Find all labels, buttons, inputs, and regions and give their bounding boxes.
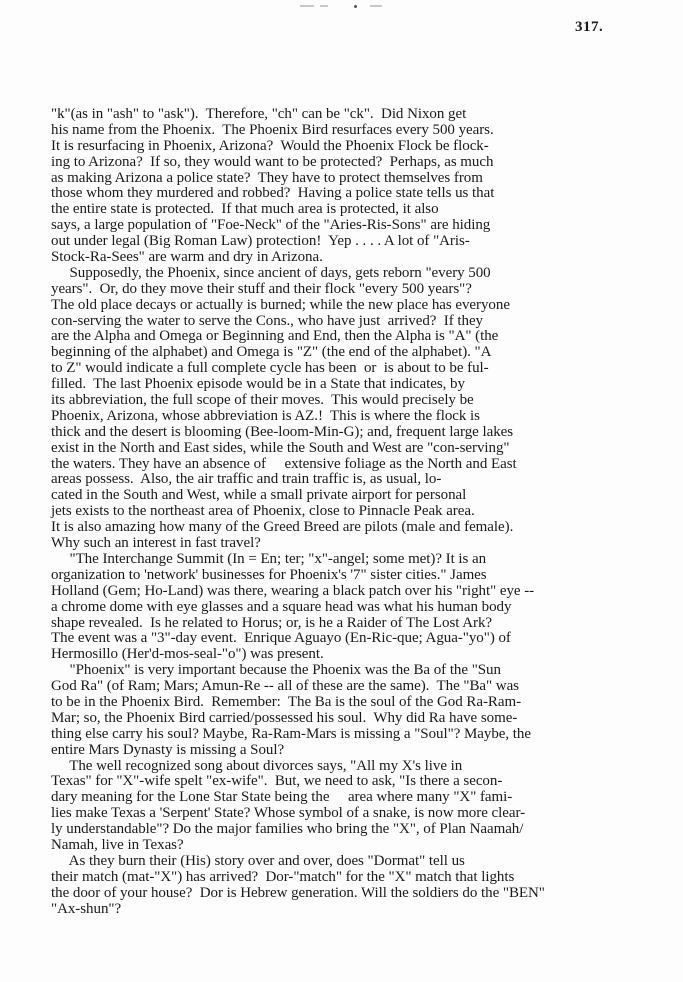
text-line: It is also amazing how many of the Greed… (51, 520, 671, 536)
text-line: ing to Arizona? If so, they would want t… (51, 155, 671, 171)
text-line: filled. The last Phoenix episode would b… (51, 377, 671, 393)
text-line: It is resurfacing in Phoenix, Arizona? W… (51, 139, 671, 155)
text-line: exist in the North and East sides, while… (51, 441, 671, 457)
text-line: a chrome dome with eye glasses and a squ… (51, 600, 671, 616)
text-line: are the Alpha and Omega or Beginning and… (51, 329, 671, 345)
text-line: jets exists to the northeast area of Pho… (51, 504, 671, 520)
text-line: "Ax-shun"? (51, 902, 671, 918)
text-line: "Phoenix" is very important because the … (51, 663, 671, 679)
text-line: ly understandable"? Do the major familie… (51, 822, 671, 838)
text-line: Hermosillo (Her'd-mos-seal-"o") was pres… (51, 647, 671, 663)
text-line: As they burn their (His) story over and … (51, 854, 671, 870)
text-line: dary meaning for the Lone Star State bei… (51, 790, 671, 806)
text-line: Mar; so, the Phoenix Bird carried/posses… (51, 711, 671, 727)
text-line: organization to 'network' businesses for… (51, 568, 671, 584)
text-line: God Ra" (of Ram; Mars; Amun-Re -- all of… (51, 679, 671, 695)
text-line: its abbreviation, the full scope of thei… (51, 393, 671, 409)
text-line: "The Interchange Summit (In = En; ter; "… (51, 552, 671, 568)
text-line: Texas" for "X"-wife spelt "ex-wife". But… (51, 774, 671, 790)
text-line: says, a large population of "Foe-Neck" o… (51, 218, 671, 234)
text-line: Namah, live in Texas? (51, 838, 671, 854)
text-line: the entire state is protected. If that m… (51, 202, 671, 218)
text-line: The old place decays or actually is burn… (51, 298, 671, 314)
text-line: The well recognized song about divorces … (51, 759, 671, 775)
text-line: his name from the Phoenix. The Phoenix B… (51, 123, 671, 139)
page-number: 317. (575, 19, 603, 36)
text-line: years". Or, do they move their stuff and… (51, 282, 671, 298)
text-line: thing else carry his soul? Maybe, Ra-Ram… (51, 727, 671, 743)
text-line: Phoenix, Arizona, whose abbreviation is … (51, 409, 671, 425)
text-line: shape revealed. Is he related to Horus; … (51, 616, 671, 632)
text-line: to be in the Phoenix Bird. Remember: The… (51, 695, 671, 711)
text-line: lies make Texas a 'Serpent' State? Whose… (51, 806, 671, 822)
text-line: out under legal (Big Roman Law) protecti… (51, 234, 671, 250)
scan-artifact (300, 3, 390, 9)
text-line: those whom they murdered and robbed? Hav… (51, 186, 671, 202)
text-line: con-serving the water to serve the Cons.… (51, 314, 671, 330)
text-line: to Z" would indicate a full complete cyc… (51, 361, 671, 377)
text-line: the door of your house? Dor is Hebrew ge… (51, 886, 671, 902)
text-line: as making Arizona a police state? They h… (51, 171, 671, 187)
text-line: thick and the desert is blooming (Bee-lo… (51, 425, 671, 441)
text-line: Holland (Gem; Ho-Land) was there, wearin… (51, 584, 671, 600)
text-line: The event was a "3"-day event. Enrique A… (51, 631, 671, 647)
text-line: the waters. They have an absence of exte… (51, 457, 671, 473)
text-line: beginning of the alphabet) and Omega is … (51, 345, 671, 361)
text-line: Why such an interest in fast travel? (51, 536, 671, 552)
body-text: "k"(as in "ash" to "ask"). Therefore, "c… (51, 107, 671, 917)
text-line: cated in the South and West, while a sma… (51, 488, 671, 504)
text-line: Stock-Ra-Sees" are warm and dry in Arizo… (51, 250, 671, 266)
text-line: "k"(as in "ash" to "ask"). Therefore, "c… (51, 107, 671, 123)
text-line: entire Mars Dynasty is missing a Soul? (51, 743, 671, 759)
text-line: their match (mat-"X") has arrived? Dor-"… (51, 870, 671, 886)
text-line: areas possess. Also, the air traffic and… (51, 472, 671, 488)
text-line: Supposedly, the Phoenix, since ancient o… (51, 266, 671, 282)
document-page: 317. "k"(as in "ash" to "ask"). Therefor… (0, 0, 683, 982)
